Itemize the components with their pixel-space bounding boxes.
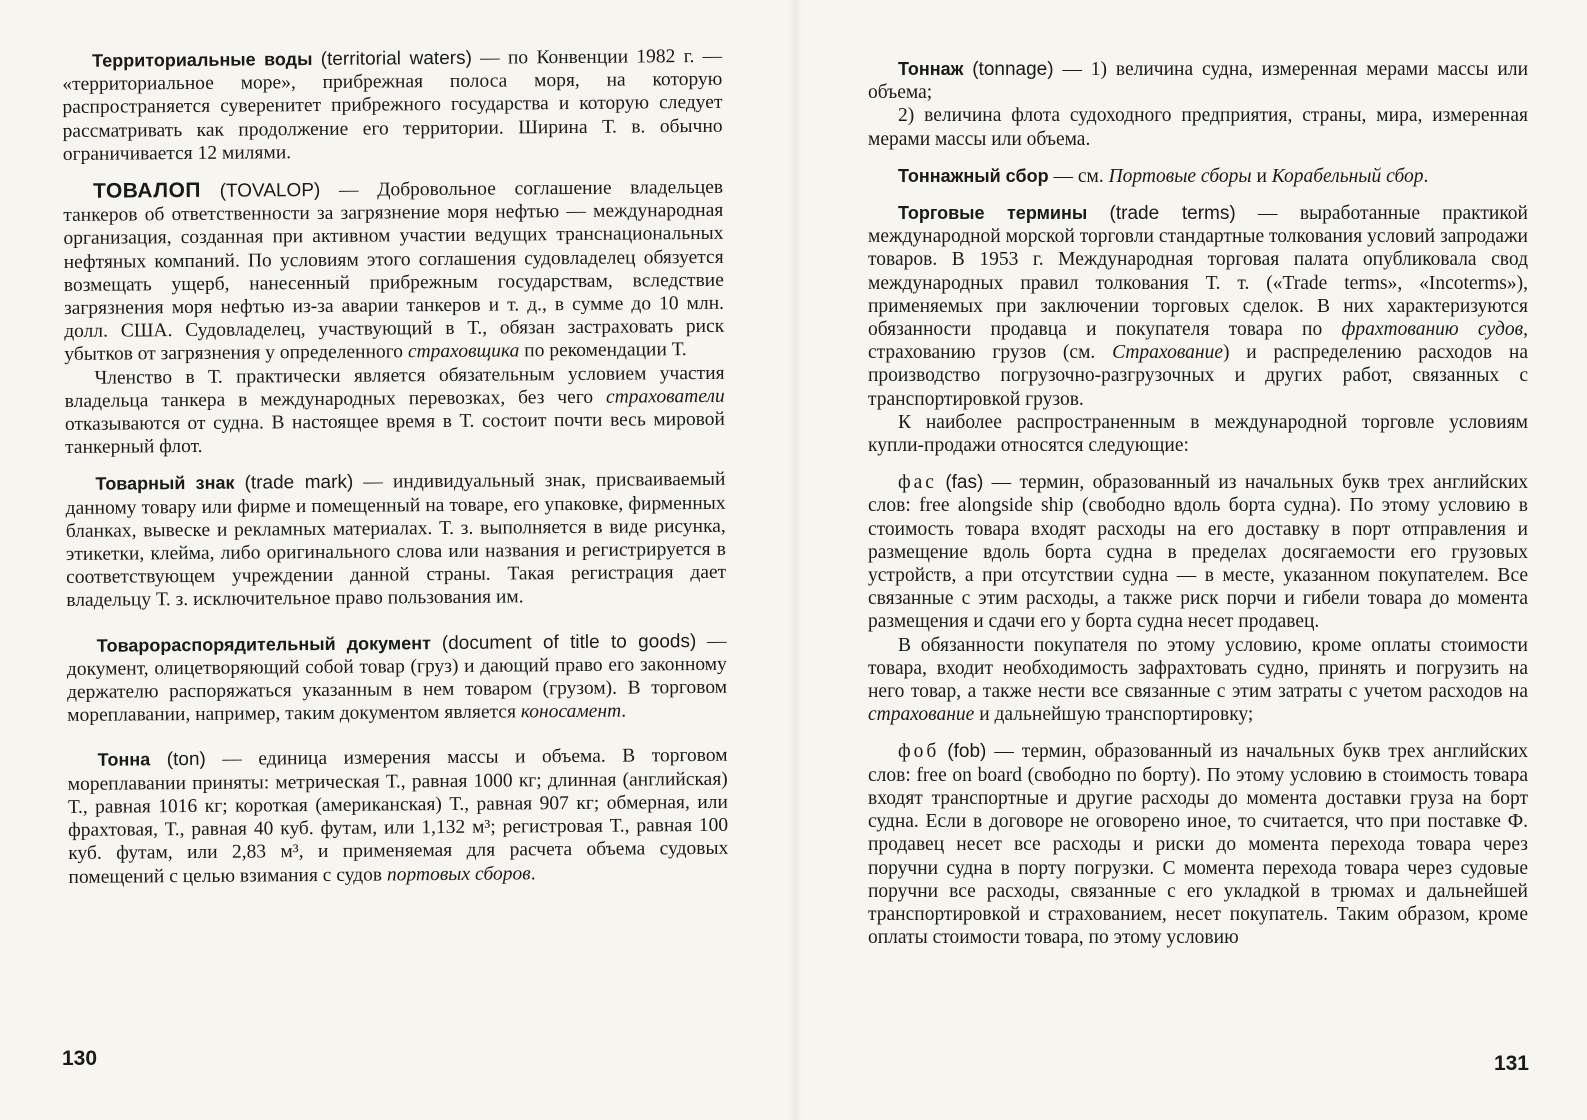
entry-ton: Тонна (ton) — единица измерения массы и … [67, 744, 728, 888]
entry-text: 2) величина флота судоходного предприяти… [868, 105, 1528, 149]
entry-fob: фоб (fob) — термин, образованный из нача… [868, 740, 1528, 949]
entry-document-of-title: Товарораспорядительный документ (documen… [67, 629, 728, 727]
entry-term: Товарораспорядительный документ [97, 633, 431, 656]
entry-gloss: (TOVALOP) [220, 180, 321, 202]
cross-reference: страховщика [408, 341, 520, 363]
page-number: 130 [62, 1047, 97, 1071]
entry-term: фас [898, 472, 937, 493]
left-page: Территориальные воды (territorial waters… [0, 0, 790, 1120]
entry-text: по рекомендации Т. [519, 340, 686, 362]
entry-text: — термин, образованный из начальных букв… [868, 741, 1528, 948]
entry-term: Тоннаж [898, 59, 963, 79]
cross-reference: Корабельный сбор [1272, 166, 1424, 187]
entry-text: . [531, 863, 536, 884]
entry-text: — Добровольное соглашение владельцев тан… [63, 177, 724, 366]
entry-trade-terms: Торговые термины (trade terms) — выработ… [868, 202, 1528, 457]
entry-text: В обязанности покупателя по этому услови… [868, 635, 1528, 702]
entry-term: Товарный знак [95, 473, 234, 494]
entry-text: и [1252, 166, 1272, 187]
entry-gloss: (fob) [947, 741, 986, 762]
entry-gloss: (trade terms) [1110, 203, 1236, 224]
entry-gloss: (territorial waters) [321, 48, 472, 70]
entry-tonnage-dues: Тоннажный сбор — см. Портовые сборы и Ко… [868, 165, 1528, 188]
cross-reference: Портовые сборы [1109, 166, 1252, 187]
entry-text: . [621, 701, 626, 722]
entry-text: отказываются от судна. В настоящее время… [65, 409, 725, 458]
entry-term: фоб [898, 741, 939, 762]
entry-fas: фас (fas) — термин, образованный из нача… [868, 471, 1528, 726]
entry-term: ТОВАЛОП [93, 179, 201, 203]
cross-reference: страхование [868, 704, 974, 725]
entry-gloss: (trade mark) [244, 472, 353, 494]
entry-gloss: (ton) [167, 749, 206, 770]
entry-text: и дальнейшую транспортировку; [974, 704, 1253, 725]
entry-trade-mark: Товарный знак (trade mark) — индивидуаль… [65, 468, 726, 612]
entry-tonnage: Тоннаж (tonnage) — 1) величина судна, из… [868, 58, 1528, 151]
left-column: Территориальные воды (territorial waters… [62, 45, 729, 889]
right-column: Тоннаж (tonnage) — 1) величина судна, из… [868, 58, 1528, 949]
entry-term: Тонна [98, 750, 151, 770]
entry-text: К наиболее распространенным в международ… [868, 412, 1528, 456]
entry-term: Тоннажный сбор [898, 166, 1049, 186]
cross-reference: коносамент [521, 701, 621, 723]
entry-text: — см. [1053, 166, 1103, 187]
right-page: Тоннаж (tonnage) — 1) величина судна, из… [800, 0, 1587, 1120]
book-spread: Территориальные воды (territorial waters… [0, 0, 1587, 1120]
entry-gloss: (tonnage) [972, 59, 1053, 80]
entry-gloss: (document of title to goods) [442, 631, 697, 654]
page-number: 131 [1494, 1052, 1529, 1076]
cross-reference: фрахтованию судов [1342, 319, 1524, 340]
entry-text: — термин, образованный из начальных букв… [868, 472, 1528, 632]
entry-term: Территориальные воды [92, 49, 312, 71]
cross-reference: страхователи [606, 386, 725, 408]
entry-tovalop: ТОВАЛОП (TOVALOP) — Добровольное соглаше… [63, 175, 725, 460]
entry-text: — 1) величина судна, измеренная мерами м… [868, 59, 1528, 103]
entry-gloss: (fas) [945, 472, 983, 493]
entry-territorial-waters: Территориальные воды (territorial waters… [62, 45, 723, 166]
entry-term: Торговые термины [898, 203, 1087, 223]
cross-reference: портовых сборов [387, 863, 531, 885]
cross-reference: Страхование [1112, 342, 1223, 363]
entry-text: . [1424, 166, 1429, 187]
